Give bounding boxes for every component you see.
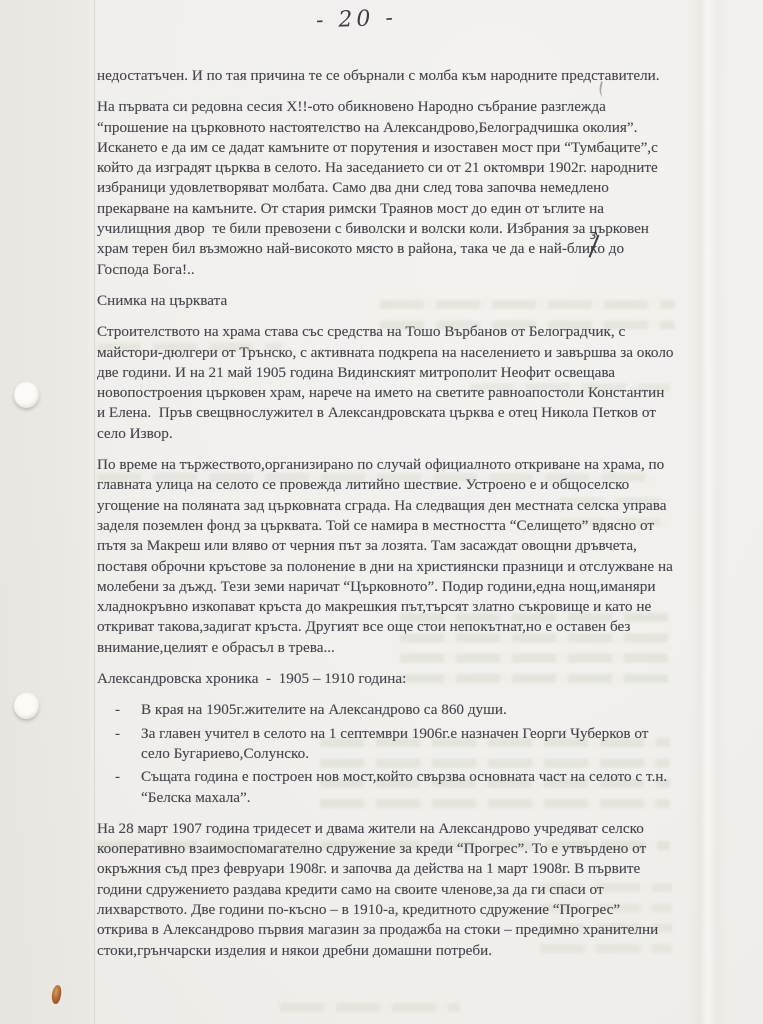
correction-letter-above: з	[590, 225, 596, 245]
paragraph-church-petition: На първата си редовна сесия Х!!-ото обик…	[97, 97, 674, 280]
bullet-dash: -	[115, 700, 120, 720]
paper-crease	[94, 0, 95, 1024]
text-column: недостатъчен. И по тая причина те се объ…	[97, 66, 674, 972]
list-item: -В края на 1905г.жителите на Александров…	[97, 700, 674, 720]
punch-hole-top	[14, 382, 39, 408]
bullet-dash: -	[115, 724, 120, 744]
list-item-text: За главен учител в селото на 1 септември…	[141, 725, 652, 762]
punch-hole-bottom	[14, 693, 39, 719]
handwritten-page-number: - 20 -	[316, 6, 398, 34]
scanned-page: - 20 - недостатъчен. И по тая причина те…	[0, 0, 763, 1024]
section-heading-chronicle: Александровска хроника - 1905 – 1910 год…	[97, 669, 674, 689]
chronicle-list: -В края на 1905г.жителите на Александров…	[97, 700, 674, 807]
bullet-dash: -	[115, 767, 120, 787]
handwritten-correction: кз	[590, 239, 597, 259]
list-item-text: В края на 1905г.жителите на Александрово…	[141, 701, 507, 718]
section-heading-photo: Снимка на църквата	[97, 291, 674, 311]
paragraph-celebration: По време на тържеството,организирано по …	[97, 455, 674, 658]
petition-text: На първата си редовна сесия Х!!-ото обик…	[97, 98, 662, 257]
bleed-through-smudge	[280, 998, 460, 1012]
rust-speck	[50, 984, 62, 1004]
paragraph-progres-cooperative: На 28 март 1907 година тридесет и двама …	[97, 819, 674, 961]
paragraph-continuation: недостатъчен. И по тая причина те се объ…	[97, 66, 674, 86]
paragraph-construction: Строителството на храма става със средст…	[97, 322, 674, 444]
list-item-text: Същата година е построен нов мост,който …	[141, 768, 671, 805]
list-item: -За главен учител в селото на 1 септемвр…	[97, 724, 674, 765]
list-item: -Същата година е построен нов мост,който…	[97, 767, 674, 808]
